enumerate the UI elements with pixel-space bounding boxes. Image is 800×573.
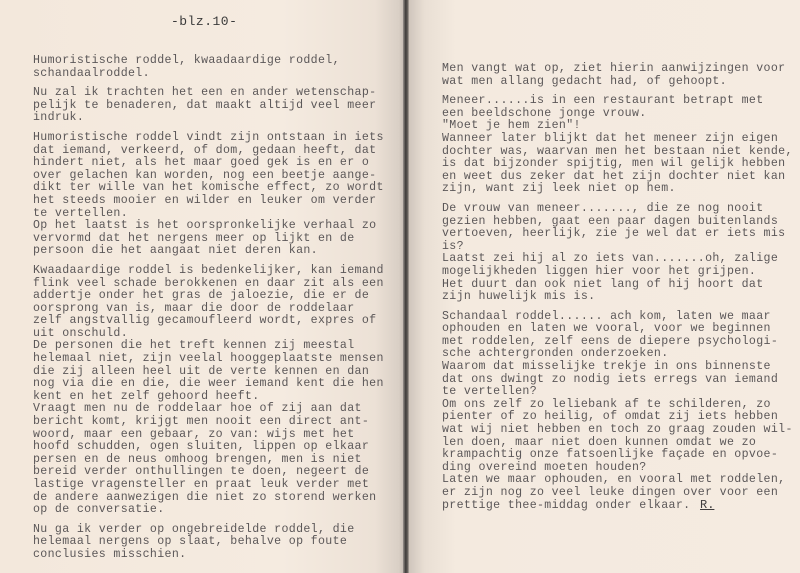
paragraph: Kwaadaardige roddel is bedenkelijker, ka… bbox=[33, 265, 403, 341]
book-spread: -blz.10- Humoristische roddel, kwaadaard… bbox=[0, 0, 800, 573]
author-signature: R. bbox=[700, 498, 714, 512]
page-number: -blz.10- bbox=[171, 14, 237, 29]
left-page-text: Humoristische roddel, kwaadaardige rodde… bbox=[33, 55, 403, 569]
paragraph: Schandaal roddel...... ach kom, laten we… bbox=[442, 311, 797, 361]
paragraph: Op het laatst is het oorspronkelijke ver… bbox=[33, 220, 403, 258]
paragraph: De vrouw van meneer......., die ze nog n… bbox=[442, 203, 797, 253]
paragraph: Humoristische roddel, kwaadaardige rodde… bbox=[33, 55, 403, 80]
paragraph: Men vangt wat op, ziet hierin aanwijzing… bbox=[442, 63, 797, 88]
paragraph: Meneer......is in een restaurant betrapt… bbox=[442, 95, 797, 196]
paragraph: Waarom dat misselijke trekje in ons binn… bbox=[442, 361, 797, 399]
paragraph: Nu ga ik verder op ongebreidelde roddel,… bbox=[33, 524, 403, 562]
right-page-text: Men vangt wat op, ziet hierin aanwijzing… bbox=[442, 63, 797, 519]
paragraph: Om ons zelf zo leliebank af te schildere… bbox=[442, 399, 797, 475]
paragraph: De personen die het treft kennen zij mee… bbox=[33, 340, 403, 403]
paragraph: Nu zal ik trachten het een en ander wete… bbox=[33, 87, 403, 125]
paragraph: Laatst zei hij al zo iets van.......oh, … bbox=[442, 253, 797, 303]
paragraph: Vraagt men nu de roddelaar hoe of zij aa… bbox=[33, 403, 403, 516]
paragraph: Laten we maar ophouden, en vooral met ro… bbox=[442, 474, 797, 512]
paragraph: Humoristische roddel vindt zijn ontstaan… bbox=[33, 132, 403, 220]
